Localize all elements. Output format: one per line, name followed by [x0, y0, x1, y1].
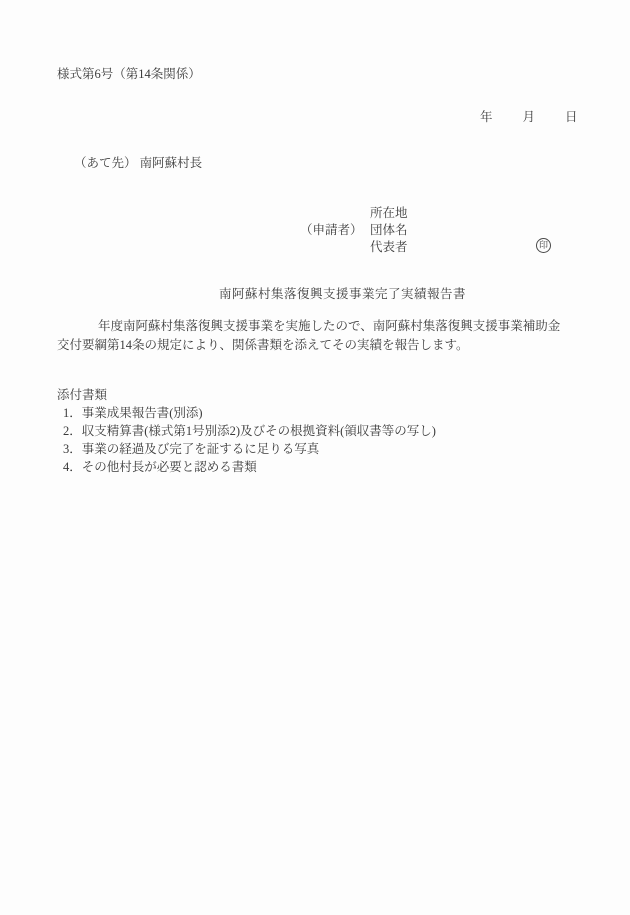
attachment-item: 3．事業の経過及び完了を証するに足りる写真 — [63, 440, 436, 458]
seal-character: 印 — [539, 241, 548, 250]
day-label: 日 — [565, 109, 578, 125]
applicant-label-spacer — [300, 239, 370, 256]
attachments-list: 1．事業成果報告書(別添) 2．収支精算書(様式第1号別添2)及びその根拠資料(… — [63, 404, 436, 476]
document-page: 様式第6号（第14条関係） 年 月 日 （あて先） 南阿蘇村長 所在地 （申請者… — [0, 0, 630, 915]
body-line-2: 交付要綱第14条の規定により、関係書類を添えてその実績を報告します。 — [57, 336, 577, 355]
year-label: 年 — [480, 109, 493, 125]
attachment-item: 2．収支精算書(様式第1号別添2)及びその根拠資料(領収書等の写し) — [63, 422, 436, 440]
body-line-1: 年度南阿蘇村集落復興支援事業を実施したので、南阿蘇村集落復興支援事業補助金 — [57, 317, 577, 336]
attachment-item: 1．事業成果報告書(別添) — [63, 404, 436, 422]
seal-icon: 印 — [536, 238, 551, 253]
address-field-label: 所在地 — [370, 205, 408, 222]
addressee-line: （あて先） 南阿蘇村長 — [74, 155, 202, 171]
month-label: 月 — [523, 109, 536, 125]
applicant-label-spacer — [300, 205, 370, 222]
body-paragraph: 年度南阿蘇村集落復興支援事業を実施したので、南阿蘇村集落復興支援事業補助金 交付… — [57, 317, 577, 354]
attachment-item: 4．その他村長が必要と認める書類 — [63, 458, 436, 476]
document-title: 南阿蘇村集落復興支援事業完了実績報告書 — [219, 286, 466, 302]
representative-field-label: 代表者 — [370, 239, 408, 256]
attachments-heading: 添付書類 — [57, 387, 107, 403]
date-line: 年 月 日 — [480, 109, 578, 125]
applicant-block: 所在地 （申請者） 団体名 代表者 — [300, 205, 408, 256]
form-number: 様式第6号（第14条関係） — [57, 66, 201, 82]
applicant-label: （申請者） — [300, 222, 370, 239]
organization-field-label: 団体名 — [370, 222, 408, 239]
